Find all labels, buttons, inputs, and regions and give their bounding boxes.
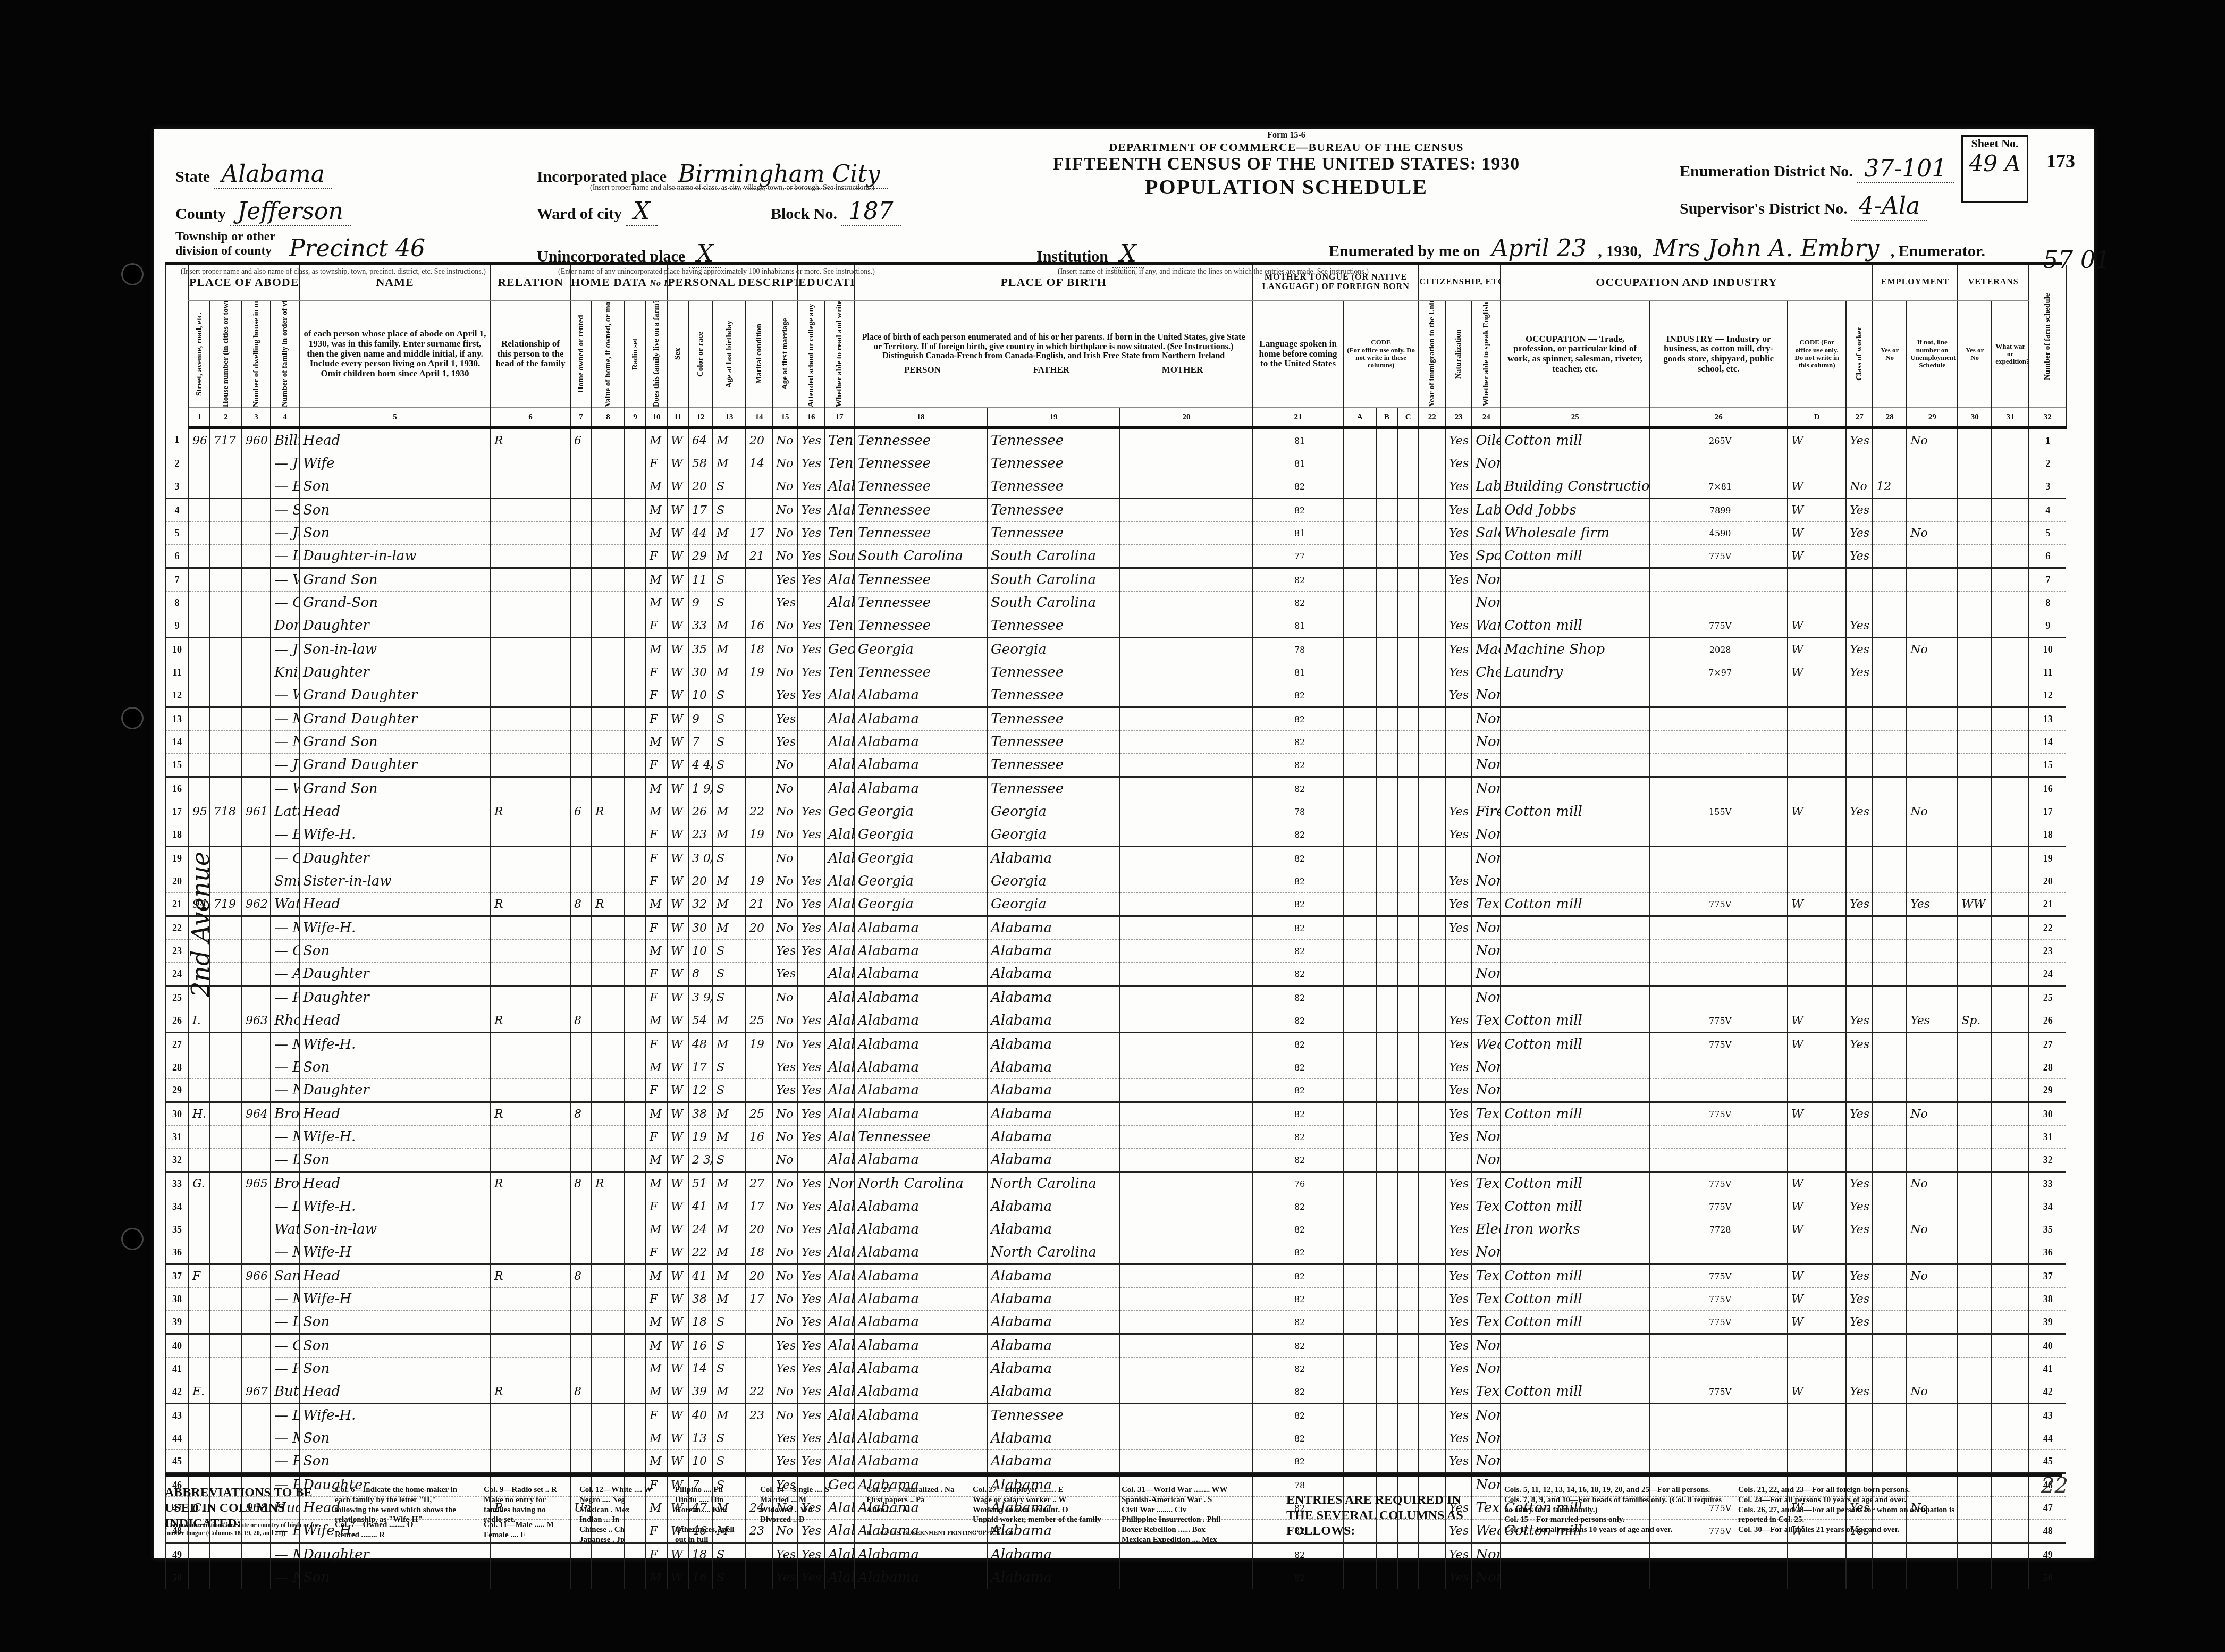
code-b-cell (1343, 1009, 1376, 1033)
line-number-right: 33 (2029, 1172, 2066, 1195)
radio-cell (592, 707, 625, 731)
code-a-cell: 82 (1253, 1566, 1343, 1589)
dwelling-number-cell (210, 1241, 242, 1265)
race-cell: W (667, 499, 688, 522)
age-first-marriage-cell: 17 (746, 1195, 772, 1218)
code-b-cell (1343, 1380, 1376, 1404)
dwelling-number-cell (210, 452, 242, 475)
sex-cell: M (646, 499, 667, 522)
birthplace-cell: Georgia (824, 638, 854, 661)
unemployment-line-cell: 12 (1873, 475, 1907, 499)
school-cell: Yes (772, 684, 798, 707)
house-number-cell (189, 1404, 210, 1427)
farm-schedule-cell (1992, 1380, 2029, 1404)
relation-cell: Head (299, 1265, 491, 1288)
mother-birthplace-cell: Georgia (987, 800, 1120, 823)
immigration-year-cell (1397, 545, 1419, 568)
school-cell: Yes (772, 1427, 798, 1450)
code-c-cell (1376, 1380, 1397, 1404)
line-number-right: 35 (2029, 1218, 2066, 1241)
class-of-worker-cell: W (1788, 1195, 1846, 1218)
occupation-cell: None (1472, 847, 1501, 870)
immigration-year-cell (1397, 568, 1419, 592)
occupation-cell: Machinist (1472, 638, 1501, 661)
supervisor-value: 4-Ala (1851, 192, 1927, 221)
radio-cell (592, 847, 625, 870)
radio-cell (592, 428, 625, 452)
dwelling-number-cell (210, 986, 242, 1009)
code-b-cell (1343, 1172, 1376, 1195)
occupation-cell: Checker (1472, 661, 1501, 684)
school-cell: No (772, 638, 798, 661)
marital-cell: M (713, 1172, 746, 1195)
unemployment-line-cell (1873, 545, 1907, 568)
naturalization-cell (1419, 823, 1445, 847)
industry-cell (1501, 731, 1649, 754)
dwelling-number-cell: 719 (210, 893, 242, 916)
race-cell: W (667, 963, 688, 986)
age-cell: 51 (688, 1172, 713, 1195)
code-b-cell (1343, 1265, 1376, 1288)
age-cell: 38 (688, 1288, 713, 1311)
mother-birthplace-cell: Georgia (987, 893, 1120, 916)
table-row: 36— Mable H.Wife-HFW22M18NoYesAlabamaAla… (165, 1241, 2101, 1265)
speak-english-cell: Yes (1445, 800, 1472, 823)
code-c-cell (1376, 475, 1397, 499)
code-b-cell (1343, 1241, 1376, 1265)
name-cell: Smith, Ethel (271, 870, 299, 893)
veteran-cell: No (1907, 522, 1958, 545)
race-cell: W (667, 800, 688, 823)
house-number-cell (189, 592, 210, 614)
immigration-year-cell (1397, 1218, 1419, 1241)
dwelling-number-cell (210, 1149, 242, 1172)
col-25-header: OCCUPATION — Trade, profession, or parti… (1501, 300, 1649, 408)
immigration-year-cell (1397, 870, 1419, 893)
language-cell (1120, 963, 1253, 986)
school-cell: Yes (772, 1334, 798, 1358)
veteran-cell: No (1907, 1172, 1958, 1195)
family-number-cell: 967 (242, 1380, 271, 1404)
enum-district-field: Enumeration District No. 37-101 (1680, 155, 1954, 182)
code-b-cell (1343, 684, 1376, 707)
speak-english-cell: Yes (1445, 545, 1472, 568)
col-24-header: Whether able to speak English (1472, 300, 1501, 408)
family-number-cell (242, 614, 271, 638)
race-cell: W (667, 452, 688, 475)
code-d-cell (1649, 452, 1788, 475)
age-first-marriage-cell (746, 1427, 772, 1450)
farm-cell (625, 940, 646, 963)
immigration-year-cell (1397, 1172, 1419, 1195)
farm-cell (625, 522, 646, 545)
industry-cell: Cotton mill (1501, 1009, 1649, 1033)
class-of-worker-cell (1788, 1543, 1846, 1566)
age-first-marriage-cell: 20 (746, 916, 772, 940)
industry-cell: Cotton mill (1501, 1380, 1649, 1404)
code-b-cell (1343, 777, 1376, 800)
dwelling-number-cell (210, 1195, 242, 1218)
read-write-cell: Yes (798, 1126, 824, 1149)
sex-cell: M (646, 777, 667, 800)
unemployment-line-cell (1873, 1195, 1907, 1218)
sex-cell: M (646, 522, 667, 545)
code-d-cell: 7×97 (1649, 661, 1788, 684)
home-owned-cell (491, 1311, 570, 1334)
unemployment-line-cell (1873, 1566, 1907, 1589)
war-cell (1958, 428, 1992, 452)
relation-cell: Wife-H. (299, 1195, 491, 1218)
read-write-cell (798, 1149, 824, 1172)
farm-cell (625, 1358, 646, 1380)
house-number-cell: F (189, 1265, 210, 1288)
immigration-year-cell (1397, 893, 1419, 916)
industry-cell (1501, 592, 1649, 614)
radio-cell (592, 777, 625, 800)
school-cell: No (772, 614, 798, 638)
speak-english-cell: Yes (1445, 1056, 1472, 1079)
col-28-header: Yes or No (1873, 300, 1907, 408)
school-cell: No (772, 661, 798, 684)
immigration-year-cell (1397, 499, 1419, 522)
age-first-marriage-cell: 19 (746, 661, 772, 684)
line-number-right: 31 (2029, 1126, 2066, 1149)
home-value-cell (570, 1056, 592, 1079)
farm-schedule-cell (1992, 916, 2029, 940)
home-value-cell: 8 (570, 893, 592, 916)
speak-english-cell: Yes (1445, 684, 1472, 707)
radio-cell (592, 1033, 625, 1056)
occupation-cell: None (1472, 1056, 1501, 1079)
birth-description: Place of birth of each person enumerated… (854, 300, 1253, 408)
farm-cell (625, 1334, 646, 1358)
home-value-cell (570, 1079, 592, 1102)
marital-cell: M (713, 1288, 746, 1311)
mother-birthplace-cell: Alabama (987, 1033, 1120, 1056)
veteran-cell (1907, 916, 1958, 940)
line-number-right: 16 (2029, 777, 2066, 800)
column-number: 19 (987, 408, 1120, 428)
code-a-cell: 82 (1253, 963, 1343, 986)
occupation-cell: None (1472, 1149, 1501, 1172)
relation-cell: Son (299, 475, 491, 499)
age-cell: 16 (688, 1566, 713, 1589)
radio-cell (592, 452, 625, 475)
immigration-year-cell (1397, 684, 1419, 707)
code-c-cell (1376, 1126, 1397, 1149)
code-c-cell (1376, 452, 1397, 475)
home-value-cell (570, 707, 592, 731)
unemployment-line-cell (1873, 1450, 1907, 1473)
home-owned-cell: R (491, 1172, 570, 1195)
dwelling-number-cell (210, 1102, 242, 1126)
age-cell: 64 (688, 428, 713, 452)
birthplace-cell: Alabama (824, 707, 854, 731)
language-cell (1120, 1241, 1253, 1265)
home-value-cell (570, 1218, 592, 1241)
naturalization-cell (1419, 475, 1445, 499)
name-cell: — Eugene (271, 1056, 299, 1079)
war-cell (1958, 568, 1992, 592)
war-cell (1958, 1265, 1992, 1288)
family-number-cell (242, 568, 271, 592)
name-cell: Billings, Sam B (271, 428, 299, 452)
family-number-cell (242, 940, 271, 963)
naturalization-cell (1419, 731, 1445, 754)
age-first-marriage-cell: 16 (746, 614, 772, 638)
column-number: 30 (1958, 408, 1992, 428)
house-number-cell (189, 1241, 210, 1265)
at-work-cell: Yes (1846, 1218, 1873, 1241)
read-write-cell: Yes (798, 1241, 824, 1265)
line-number: 38 (165, 1288, 189, 1311)
line-number: 28 (165, 1056, 189, 1079)
father-birthplace-cell: Georgia (854, 638, 987, 661)
code-b-cell (1343, 1566, 1376, 1589)
radio-cell (592, 592, 625, 614)
code-d-cell: 7728 (1649, 1218, 1788, 1241)
line-number: 10 (165, 638, 189, 661)
war-cell (1958, 1427, 1992, 1450)
home-owned-cell (491, 1334, 570, 1358)
code-d-cell (1649, 1543, 1788, 1566)
group-employment: EMPLOYMENT (1873, 265, 1958, 300)
dwelling-number-cell (210, 1126, 242, 1149)
school-cell: Yes (772, 1450, 798, 1473)
naturalization-cell (1419, 1195, 1445, 1218)
table-row: 7— Vernon L.Grand SonMW11SYesYesAlabamaT… (165, 568, 2101, 592)
name-cell: Rhodes, Jason H. (271, 1009, 299, 1033)
language-cell (1120, 452, 1253, 475)
printer-mark: 11—6027 U.S. GOVERNMENT PRINTING OFFICE … (866, 1530, 1013, 1537)
school-cell: No (772, 545, 798, 568)
home-owned-cell (491, 1079, 570, 1102)
marital-cell: M (713, 1009, 746, 1033)
code-c-cell (1376, 684, 1397, 707)
speak-english-cell: Yes (1445, 823, 1472, 847)
immigration-year-cell (1397, 614, 1419, 638)
line-number: 15 (165, 754, 189, 777)
house-number-cell (189, 1149, 210, 1172)
line-number-right: 45 (2029, 1450, 2066, 1473)
farm-schedule-cell (1992, 1265, 2029, 1288)
dwelling-number-cell (210, 1056, 242, 1079)
unemployment-line-cell (1873, 1056, 1907, 1079)
dwelling-number-cell (210, 707, 242, 731)
code-b-cell (1343, 1288, 1376, 1311)
class-of-worker-cell (1788, 1334, 1846, 1358)
radio-cell (592, 1427, 625, 1450)
at-work-cell: Yes (1846, 614, 1873, 638)
column-number: 3 (242, 408, 271, 428)
line-number-header-right (2066, 265, 2101, 428)
farm-cell (625, 1404, 646, 1427)
farm-cell (625, 1056, 646, 1079)
house-number-cell (189, 731, 210, 754)
table-row: 27— Maggie M.Wife-H.FW48M19NoYesAlabamaA… (165, 1033, 2101, 1056)
at-work-cell: Yes (1846, 1195, 1873, 1218)
house-number-cell (189, 568, 210, 592)
language-cell (1120, 870, 1253, 893)
naturalization-cell (1419, 522, 1445, 545)
father-birthplace-cell: Alabama (854, 1427, 987, 1450)
language-cell (1120, 1380, 1253, 1404)
table-row: 42E.967Butts, Thomas C.HeadR8MW39M22NoYe… (165, 1380, 2101, 1404)
abbrev-col6: Col. 6—Indicate the home-maker in each f… (335, 1485, 462, 1525)
code-c-cell (1376, 963, 1397, 986)
language-cell (1120, 499, 1253, 522)
occupation-cell: None (1472, 684, 1501, 707)
mother-birthplace-cell: Alabama (987, 1195, 1120, 1218)
race-cell: W (667, 1218, 688, 1241)
house-number-cell (189, 1450, 210, 1473)
veteran-cell (1907, 545, 1958, 568)
sex-cell: M (646, 1380, 667, 1404)
dwelling-number-cell (210, 1009, 242, 1033)
home-owned-cell (491, 823, 570, 847)
at-work-cell: Yes (1846, 800, 1873, 823)
home-owned-cell (491, 1450, 570, 1473)
naturalization-cell (1419, 940, 1445, 963)
at-work-cell (1846, 754, 1873, 777)
col-1-header: Street, avenue, road, etc. (189, 300, 210, 408)
naturalization-cell (1419, 870, 1445, 893)
class-of-worker-cell: W (1788, 475, 1846, 499)
industry-cell (1501, 916, 1649, 940)
family-number-cell (242, 1195, 271, 1218)
school-cell: No (772, 870, 798, 893)
col-15-header: Age at first marriage (772, 300, 798, 408)
at-work-cell: Yes (1846, 1380, 1873, 1404)
code-b-cell (1343, 986, 1376, 1009)
read-write-cell: Yes (798, 1056, 824, 1079)
sex-cell: F (646, 1033, 667, 1056)
line-number: 31 (165, 1126, 189, 1149)
industry-cell (1501, 1543, 1649, 1566)
speak-english-cell (1445, 1149, 1472, 1172)
census-table: PLACE OF ABODE NAME RELATION HOME DATA N… (165, 265, 2101, 1589)
line-number-right: 40 (2029, 1334, 2066, 1358)
home-owned-cell (491, 1218, 570, 1241)
father-birthplace-cell: Tennessee (854, 475, 987, 499)
home-value-cell: 6 (570, 800, 592, 823)
unemployment-line-cell (1873, 1380, 1907, 1404)
unemployment-line-cell (1873, 684, 1907, 707)
name-cell: — Nola B. (271, 1079, 299, 1102)
birthplace-cell: Alabama (824, 940, 854, 963)
sex-cell: M (646, 475, 667, 499)
immigration-year-cell (1397, 1149, 1419, 1172)
home-owned-cell (491, 499, 570, 522)
relation-cell: Head (299, 428, 491, 452)
school-cell: No (772, 1288, 798, 1311)
table-row: 5— Jasper M.SonMW44M17NoYesTennesseeTenn… (165, 522, 2101, 545)
occupation-cell: Textile worker (1472, 1288, 1501, 1311)
school-cell: Yes (772, 940, 798, 963)
naturalization-cell (1419, 499, 1445, 522)
veteran-cell (1907, 940, 1958, 963)
at-work-cell (1846, 940, 1873, 963)
at-work-cell: Yes (1846, 545, 1873, 568)
sex-cell: M (646, 568, 667, 592)
column-number: 7 (570, 408, 592, 428)
naturalization-cell (1419, 1288, 1445, 1311)
speak-english-cell: Yes (1445, 522, 1472, 545)
dwelling-number-cell (210, 568, 242, 592)
industry-cell (1501, 847, 1649, 870)
line-number: 5 (165, 522, 189, 545)
age-cell: 38 (688, 1102, 713, 1126)
home-owned-cell (491, 731, 570, 754)
speak-english-cell: Yes (1445, 1334, 1472, 1358)
home-value-cell (570, 916, 592, 940)
table-row: 20Smith, EthelSister-in-lawFW20M19NoYesA… (165, 870, 2101, 893)
name-cell: — Joseph E. (271, 638, 299, 661)
dwelling-number-cell (210, 522, 242, 545)
radio-cell (592, 1334, 625, 1358)
home-value-cell (570, 545, 592, 568)
unemployment-line-cell (1873, 1218, 1907, 1241)
at-work-cell: Yes (1846, 1265, 1873, 1288)
age-first-marriage-cell: 20 (746, 1218, 772, 1241)
read-write-cell: Yes (798, 522, 824, 545)
radio-cell (592, 1079, 625, 1102)
code-d-cell: 775V (1649, 1102, 1788, 1126)
speak-english-cell (1445, 707, 1472, 731)
marital-cell: S (713, 1543, 746, 1566)
read-write-cell (798, 847, 824, 870)
radio-cell (592, 1380, 625, 1404)
class-of-worker-cell: W (1788, 1172, 1846, 1195)
township-field: Precinct 46 (282, 235, 433, 262)
at-work-cell: Yes (1846, 499, 1873, 522)
farm-cell (625, 1195, 646, 1218)
code-a-cell: 81 (1253, 614, 1343, 638)
age-cell: 22 (688, 1241, 713, 1265)
farm-schedule-cell (1992, 1334, 2029, 1358)
speak-english-cell: Yes (1445, 870, 1472, 893)
table-row: 4— SamSonMW17SNoYesAlabamaTennesseeTenne… (165, 499, 2101, 522)
immigration-year-cell (1397, 1241, 1419, 1265)
occupation-cell: Warper (1472, 614, 1501, 638)
race-cell: W (667, 1566, 688, 1589)
farm-schedule-cell (1992, 545, 2029, 568)
family-number-cell (242, 963, 271, 986)
code-c-cell (1376, 893, 1397, 916)
marital-cell: M (713, 545, 746, 568)
family-number-cell (242, 870, 271, 893)
birthplace-cell: Tennessee (824, 428, 854, 452)
class-of-worker-cell: W (1788, 1265, 1846, 1288)
class-of-worker-cell: W (1788, 545, 1846, 568)
veteran-cell: No (1907, 1218, 1958, 1241)
language-cell (1120, 522, 1253, 545)
code-a-cell: 82 (1253, 568, 1343, 592)
code-c-cell (1376, 522, 1397, 545)
unemployment-line-cell (1873, 754, 1907, 777)
veteran-cell (1907, 1334, 1958, 1358)
speak-english-cell (1445, 847, 1472, 870)
industry-cell (1501, 1149, 1649, 1172)
sex-cell: M (646, 1149, 667, 1172)
farm-cell (625, 1149, 646, 1172)
name-cell: — Charmie L. (271, 847, 299, 870)
relation-cell: Grand Daughter (299, 684, 491, 707)
read-write-cell: Yes (798, 428, 824, 452)
column-number: 6 (491, 408, 570, 428)
name-cell: — Wanord (271, 777, 299, 800)
relation-cell: Daughter (299, 614, 491, 638)
